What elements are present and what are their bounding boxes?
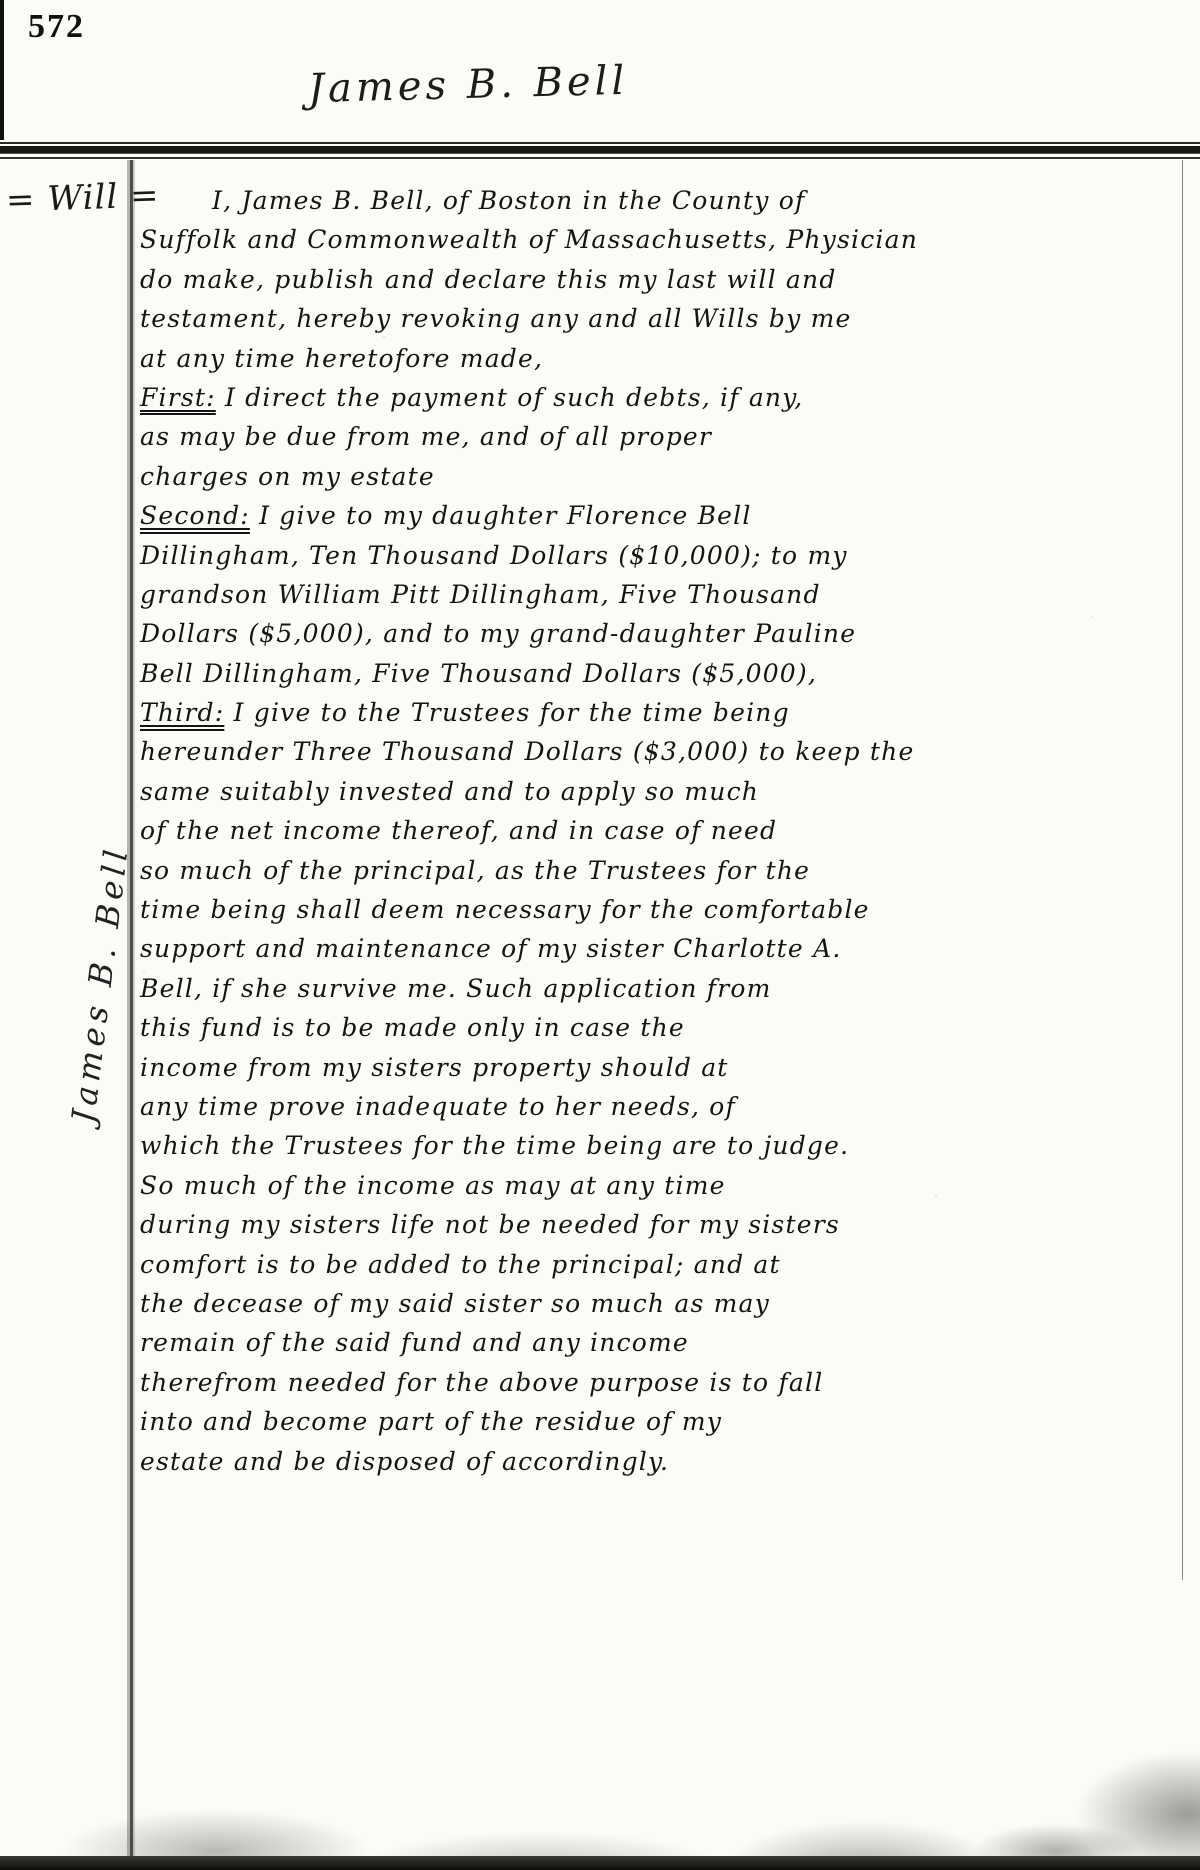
will-line: time being shall deem necessary for the … [140, 895, 1190, 934]
will-line: support and maintenance of my sister Cha… [140, 934, 1190, 973]
will-line: during my sisters life not be needed for… [140, 1210, 1190, 1249]
will-line: do make, publish and declare this my las… [140, 265, 1190, 304]
will-line: this fund is to be made only in case the [140, 1013, 1190, 1052]
will-line: so much of the principal, as the Trustee… [140, 856, 1190, 895]
will-line: at any time heretofore made, [140, 344, 1190, 383]
header-divider-rule [0, 140, 1200, 162]
will-line: Bell Dillingham, Five Thousand Dollars (… [140, 659, 1190, 698]
section-heading: Second: [140, 501, 250, 530]
page-header-name: James B. Bell [307, 58, 628, 112]
scan-bottom-edge [0, 1856, 1200, 1870]
will-line: Dollars ($5,000), and to my grand-daught… [140, 619, 1190, 658]
will-line: which the Trustees for the time being ar… [140, 1131, 1190, 1170]
will-line: charges on my estate [140, 462, 1190, 501]
section-heading: First: [140, 383, 216, 412]
will-line: as may be due from me, and of all proper [140, 422, 1190, 461]
margin-will-label: = Will = [5, 175, 160, 220]
will-line: therefrom needed for the above purpose i… [140, 1368, 1190, 1407]
will-line: comfort is to be added to the principal;… [140, 1250, 1190, 1289]
will-line: So much of the income as may at any time [140, 1171, 1190, 1210]
scan-edge-artifact [0, 0, 4, 142]
will-line: grandson William Pitt Dillingham, Five T… [140, 580, 1190, 619]
will-line: I, James B. Bell, of Boston in the Count… [140, 186, 1190, 225]
will-line: Bell, if she survive me. Such applicatio… [140, 974, 1190, 1013]
will-line: remain of the said fund and any income [140, 1328, 1190, 1367]
page-number: 572 [28, 8, 85, 46]
will-line: testament, hereby revoking any and all W… [140, 304, 1190, 343]
will-line: any time prove inadequate to her needs, … [140, 1092, 1190, 1131]
section-heading: Third: [140, 698, 224, 727]
will-line: into and become part of the residue of m… [140, 1407, 1190, 1446]
will-line: the decease of my said sister so much as… [140, 1289, 1190, 1328]
will-line: hereunder Three Thousand Dollars ($3,000… [140, 737, 1190, 776]
will-line: Third: I give to the Trustees for the ti… [140, 698, 1190, 737]
will-line: Dillingham, Ten Thousand Dollars ($10,00… [140, 541, 1190, 580]
will-line: First: I direct the payment of such debt… [140, 383, 1190, 422]
will-line: estate and be disposed of accordingly. [140, 1447, 1190, 1486]
will-body: I, James B. Bell, of Boston in the Count… [140, 186, 1190, 1486]
scanned-will-page: 572 James B. Bell = Will = James B. Bell… [0, 0, 1200, 1870]
will-line: of the net income thereof, and in case o… [140, 816, 1190, 855]
will-line: income from my sisters property should a… [140, 1053, 1190, 1092]
will-line: Suffolk and Commonwealth of Massachusett… [140, 225, 1190, 264]
will-line: Second: I give to my daughter Florence B… [140, 501, 1190, 540]
will-line: same suitably invested and to apply so m… [140, 777, 1190, 816]
left-margin-rule [130, 160, 133, 1870]
